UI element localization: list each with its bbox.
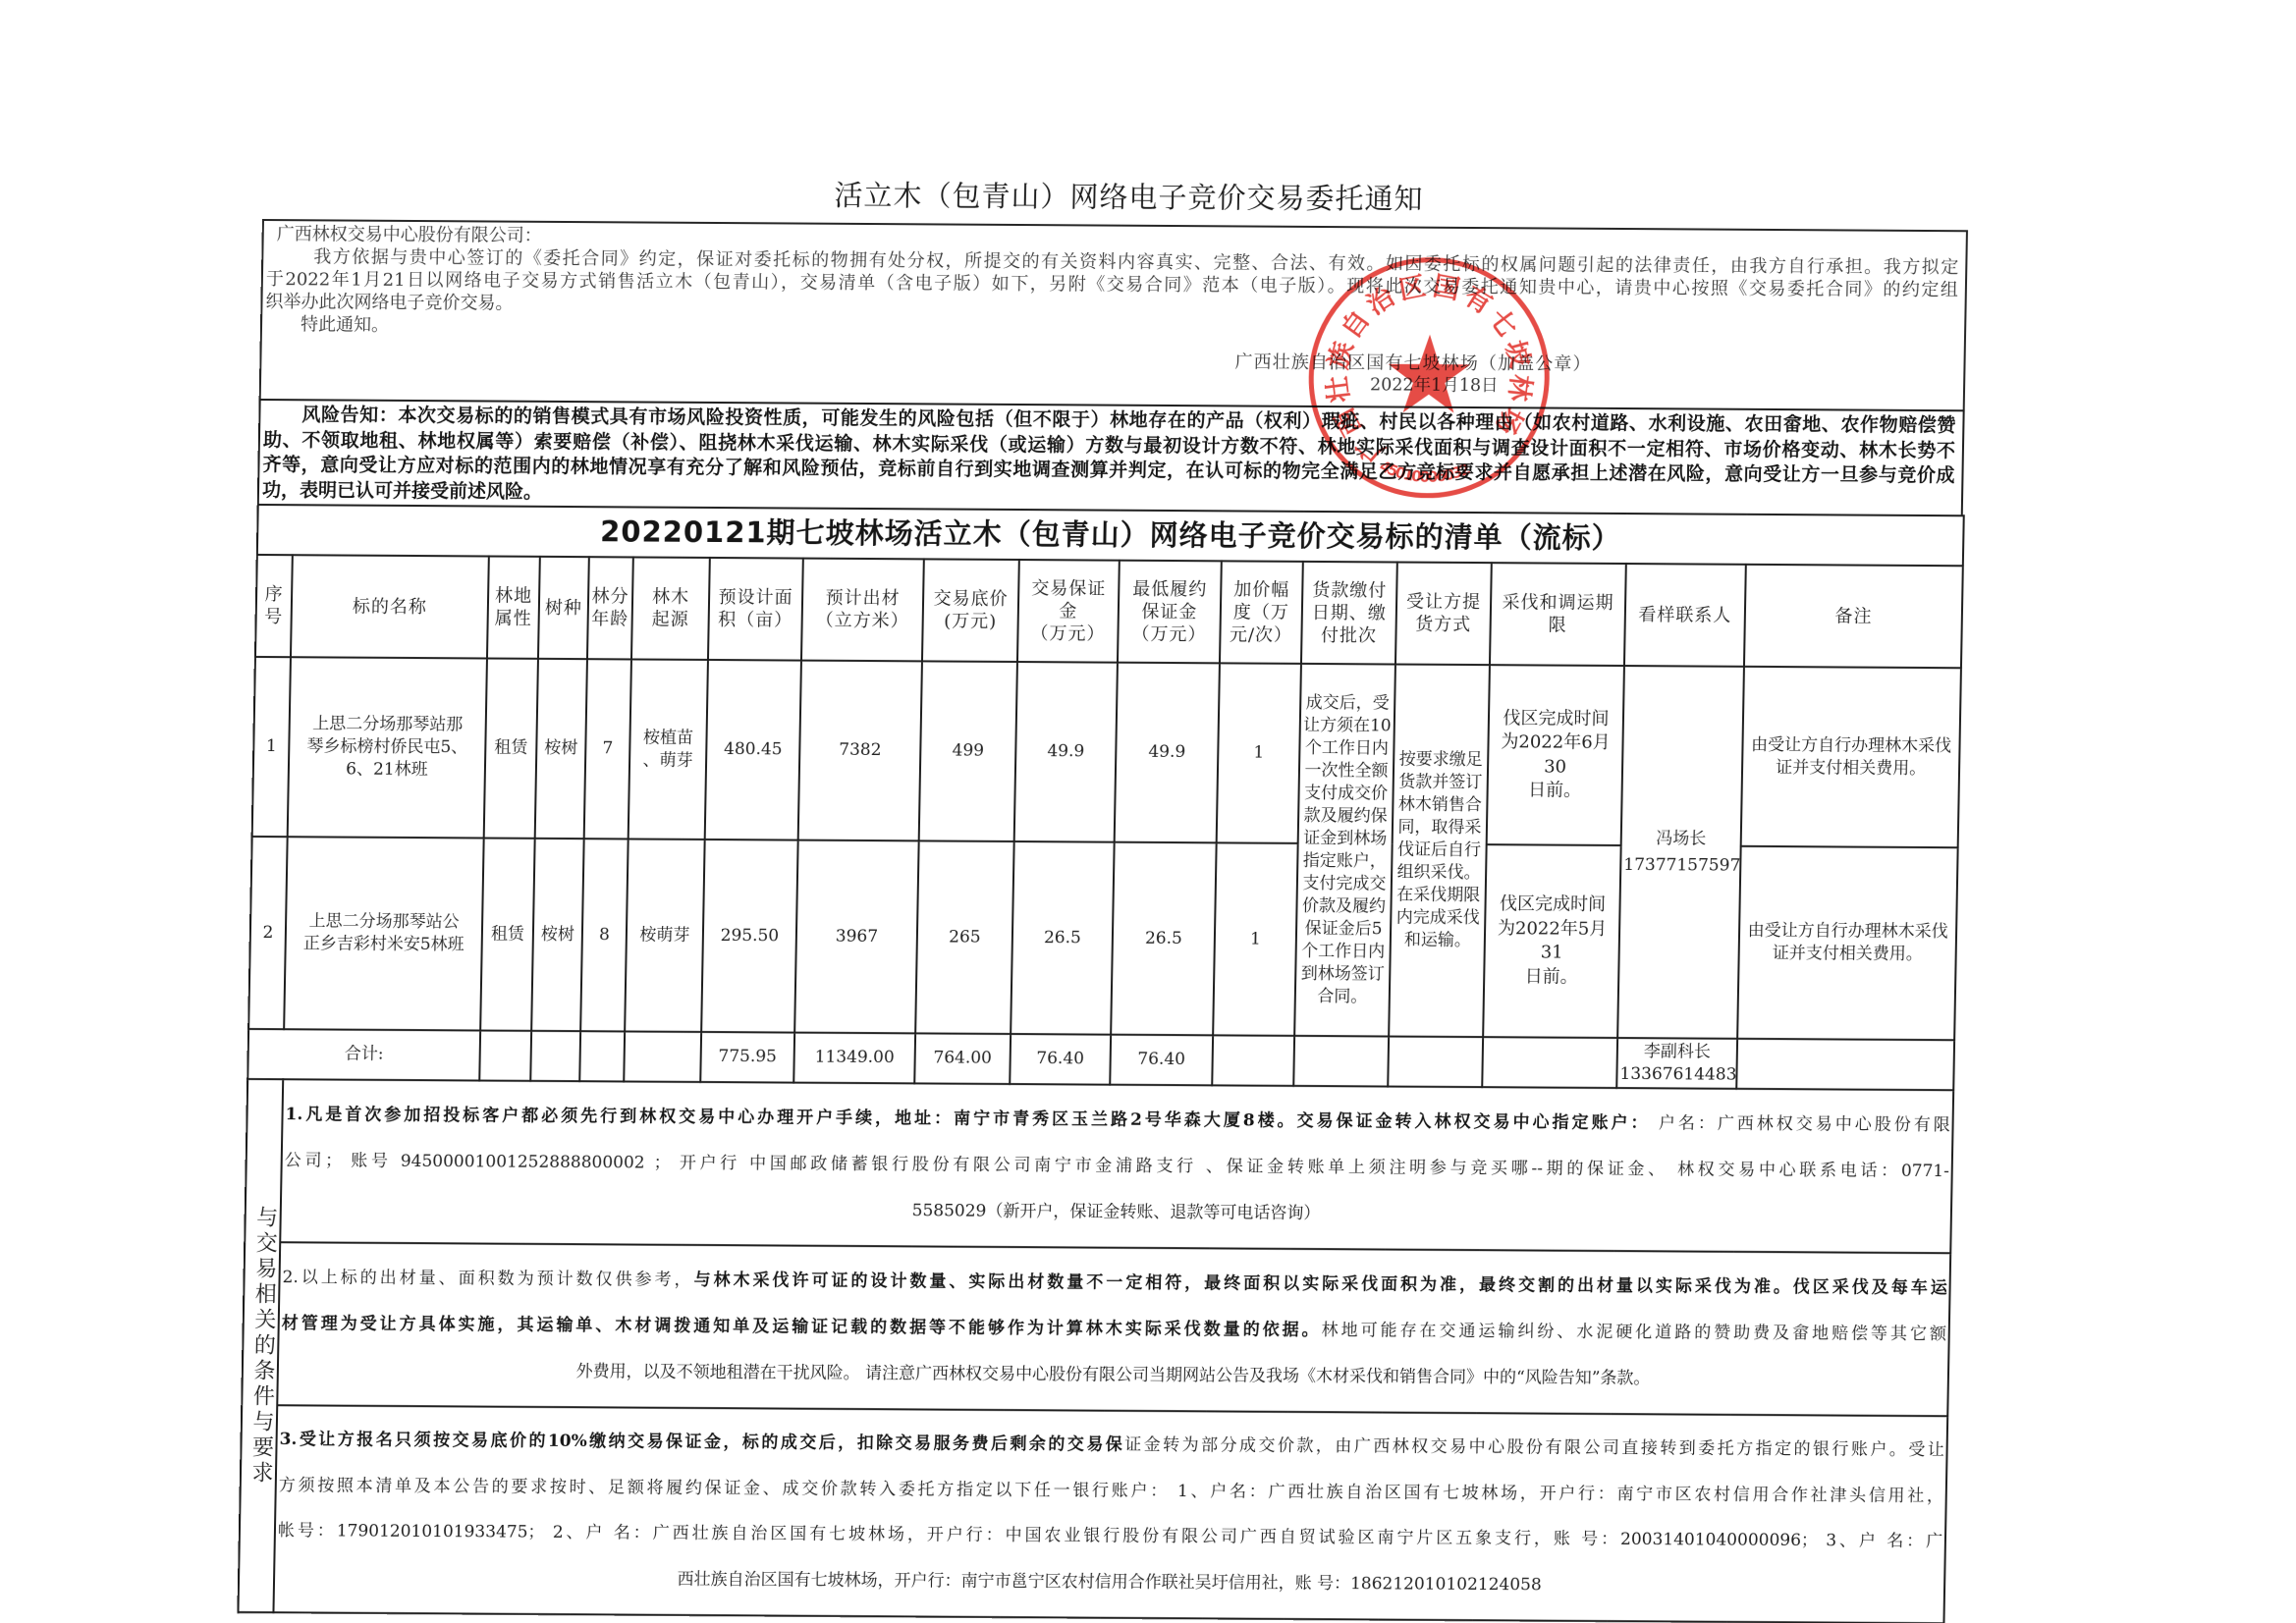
condition-line: 方须按照本清单及本公告的要求按时、足额将履约保证金、成交价款转入委托方指定以下任…: [279, 1475, 1944, 1509]
condition-line: 5585029（新开户，保证金转账、退款等可电话咨询）: [284, 1195, 1949, 1229]
condition-text: 方须按照本清单及本公告的要求按时、足额将履约保证金、成交价款转入委托方指定以下任…: [279, 1476, 1944, 1506]
header-payment-terms: 货款缴付 日期、缴 付批次: [1301, 562, 1397, 665]
condition-line: 外费用，以及不领地租潜在干扰风险。 请注意广西林权交易中心股份有限公司当期网站公…: [281, 1358, 1946, 1392]
cell-origin: 桉萌芽: [625, 839, 705, 1032]
document-sheet: 活立木（包青山）网络电子竞价交易委托通知 广西林权交易中心股份有限公司： 我方依…: [242, 219, 1968, 1382]
cell-index: 2: [248, 837, 288, 1029]
condition-line: 3.受让方报名只须按交易底价的10%缴纳交易保证金，标的成交后，扣除交易服务费后…: [279, 1429, 1944, 1463]
cell-index: 1: [252, 657, 291, 837]
cell-bid-increment: 1: [1213, 842, 1298, 1036]
cell-deposit: 26.5: [1011, 841, 1115, 1035]
condition-text: 帐号：179012010101933475； 2、户 名：广西壮族自治区国有七坡…: [278, 1521, 1943, 1551]
totals-label: 合计:: [247, 1029, 480, 1081]
cell-harvest-period: 伐区完成时间 为2022年6月30 日前。: [1487, 665, 1624, 845]
cell-origin: 桉植苗 、萌芽: [629, 659, 708, 839]
condition-item-1: 1.凡是首次参加招投标客户都必须先行到林权交易中心办理开户手续，地址：南宁市青秀…: [280, 1079, 1953, 1253]
condition-text: 西壮族自治区国有七坡林场，开户行：南宁市邕宁区农村信用合作联社吴圩信用社，账 号…: [677, 1569, 1541, 1595]
totals-reserve-price: 764.00: [914, 1033, 1011, 1084]
totals-payment-terms: [1293, 1036, 1389, 1087]
header-land-type: 林地 属性: [487, 557, 540, 659]
condition-text-bold: 1.凡是首次参加招投标客户都必须先行到林权交易中心办理开户手续，地址：南宁市青秀…: [285, 1105, 1650, 1133]
totals-species: [530, 1031, 580, 1081]
cell-lot-name: 上思二分场那琴站那 琴乡标榜村侨民屯5、 6、21林班: [288, 657, 487, 838]
cell-volume: 3967: [794, 840, 919, 1034]
header-pickup-method: 受让方提 货方式: [1395, 563, 1492, 666]
document-title: 活立木（包青山）网络电子竞价交易委托通知: [262, 171, 1995, 223]
header-species: 树种: [538, 557, 589, 659]
risk-notice-line: 功，表明已认可并接受前述风险。: [262, 478, 542, 505]
letter-signature: 广西壮族自治区国有七坡林场（加盖公章）: [1234, 351, 1590, 375]
cell-remarks: 由受让方自行办理林木采伐 证并支付相关费用。: [1737, 846, 1958, 1040]
condition-text: 5585029（新开户，保证金转账、退款等可电话咨询）: [911, 1201, 1320, 1223]
entrustment-letter: 广西林权交易中心股份有限公司： 我方依据与贵中心签订的《委托合同》约定，保证对委…: [259, 219, 1968, 409]
cell-volume: 7382: [798, 661, 922, 841]
header-area: 预设计面 积（亩）: [708, 558, 803, 661]
condition-row: 与交易相关的条件与要求 1.凡是首次参加招投标客户都必须先行到林权交易中心办理开…: [245, 1079, 1953, 1253]
totals-pickup-method: [1388, 1037, 1483, 1088]
letter-date: 2022年1月18日: [1370, 374, 1490, 398]
cell-pickup-method: 按要求缴足 货款并签订 林木销售合 同，取得采 伐证后自行 组织采伐。 在采伐期…: [1389, 665, 1490, 1038]
condition-text: 外费用，以及不领地租潜在干扰风险。 请注意广西林权交易中心股份有限公司当期网站公…: [575, 1362, 1650, 1388]
header-index: 序 号: [255, 555, 293, 657]
condition-item-2: 2.以上标的出材量、面积数为预计数仅供参考，与林木采伐许可证的设计数量、实际出材…: [277, 1242, 1950, 1416]
cell-land-type: 租赁: [480, 839, 535, 1031]
totals-volume: 11349.00: [793, 1033, 915, 1084]
condition-text: 2.以上标的出材量、面积数为预计数仅供参考，: [282, 1268, 693, 1290]
letter-addressee: 广西林权交易中心股份有限公司：: [277, 223, 542, 247]
condition-text-bold: 与林木采伐许可证的设计数量、实际出材数量不一定相符，最终面积以实际采伐面积为准，…: [693, 1271, 1947, 1298]
condition-line: 材管理为受让方具体实施，其运输单、木材调拨通知单及运输证记载的数据等不能够作为计…: [282, 1312, 1947, 1346]
cell-area: 480.45: [705, 660, 801, 840]
header-performance-bond: 最低履约 保证金 （万元）: [1118, 561, 1222, 664]
condition-text: 户名：广西林权交易中心股份有限: [1650, 1113, 1950, 1135]
cell-harvest-period: 伐区完成时间 为2022年5月31 日前。: [1483, 844, 1621, 1038]
condition-line: 2.以上标的出材量、面积数为预计数仅供参考，与林木采伐许可证的设计数量、实际出材…: [282, 1266, 1947, 1300]
cell-payment-terms: 成交后，受 让方须在10 个工作日内 一次性全额 支付成交价 款及履约保 证金到…: [1294, 664, 1395, 1037]
cell-lot-name: 上思二分场那琴站公 正乡吉彩村米安5林班: [284, 837, 484, 1030]
condition-text-bold: 3.受让方报名只须按交易底价的10%缴纳交易保证金，标的成交后，扣除交易服务费后…: [279, 1430, 1124, 1455]
header-bid-increment: 加价幅 度（万 元/次）: [1220, 561, 1303, 664]
cell-stand-age: 8: [580, 839, 629, 1031]
totals-stand-age: [579, 1031, 625, 1081]
header-harvest-period: 采伐和调运期 限: [1490, 563, 1626, 666]
totals-origin: [624, 1031, 701, 1082]
condition-row: 2.以上标的出材量、面积数为预计数仅供参考，与林木采伐许可证的设计数量、实际出材…: [242, 1242, 1950, 1416]
totals-contact: 李副科长 13367614483: [1616, 1038, 1737, 1089]
header-remarks: 备注: [1744, 565, 1963, 668]
cell-species: 桉树: [535, 659, 587, 839]
cell-stand-age: 7: [584, 659, 631, 839]
condition-text: 林地可能存在交通运输纠纷、水泥硬化道路的赞助费及畲地赔偿等其它额: [1321, 1321, 1946, 1344]
totals-remarks: [1736, 1039, 1954, 1090]
condition-text: 公司； 账号 94500001001252888800002 ； 开户行 中国邮…: [285, 1151, 1950, 1181]
header-contact: 看样联系人: [1624, 564, 1746, 667]
table-row: 1 上思二分场那琴站那 琴乡标榜村侨民屯5、 6、21林班 租赁 桉树 7 桉植…: [252, 657, 1961, 847]
cell-performance-bond: 49.9: [1115, 663, 1220, 843]
condition-row: 3.受让方报名只须按交易底价的10%缴纳交易保证金，标的成交后，扣除交易服务费后…: [238, 1405, 1947, 1623]
cell-deposit: 49.9: [1014, 662, 1118, 842]
cell-reserve-price: 265: [915, 840, 1014, 1034]
condition-item-3: 3.受让方报名只须按交易底价的10%缴纳交易保证金，标的成交后，扣除交易服务费后…: [273, 1405, 1947, 1623]
condition-line: 1.凡是首次参加招投标客户都必须先行到林权交易中心办理开户手续，地址：南宁市青秀…: [285, 1103, 1950, 1137]
header-lot-name: 标的名称: [291, 555, 489, 658]
conditions-label: 与交易相关的条件与要求: [244, 1206, 282, 1487]
scanned-page: 活立木（包青山）网络电子竞价交易委托通知 广西林权交易中心股份有限公司： 我方依…: [0, 0, 2296, 1623]
condition-line: 公司； 账号 94500001001252888800002 ； 开户行 中国邮…: [285, 1149, 1950, 1183]
cell-land-type: 租赁: [484, 659, 538, 839]
totals-performance-bond: 76.40: [1110, 1035, 1213, 1086]
totals-deposit: 76.40: [1010, 1034, 1111, 1085]
cell-area: 295.50: [701, 839, 798, 1033]
cell-remarks: 由受让方自行办理林木采伐 证并支付相关费用。: [1741, 667, 1961, 847]
listing-table: 20220121期七坡林场活立木（包青山）网络电子竞价交易标的清单（流标） 序 …: [237, 504, 1965, 1623]
header-stand-age: 林分 年龄: [587, 557, 633, 659]
condition-line: 帐号：179012010101933475； 2、户 名：广西壮族自治区国有七坡…: [278, 1520, 1943, 1554]
table-header-row: 序 号 标的名称 林地 属性 树种 林分 年龄 林木 起源 预设计面 积（亩） …: [255, 555, 1963, 668]
condition-text-bold: 材管理为受让方具体实施，其运输单、木材调拨通知单及运输证记载的数据等不能够作为计…: [282, 1314, 1322, 1340]
cell-species: 桉树: [531, 839, 584, 1031]
cell-contact: 冯场长 17377157597: [1617, 666, 1744, 1039]
cell-reserve-price: 499: [919, 661, 1017, 841]
cell-bid-increment: 1: [1217, 663, 1301, 843]
condition-text: 证金转为部分成交价款，由广西林权交易中心股份有限公司直接转到委托方指定的银行账户…: [1124, 1435, 1944, 1460]
cell-performance-bond: 26.5: [1111, 842, 1217, 1036]
totals-area: 775.95: [700, 1032, 794, 1083]
condition-line: 西壮族自治区国有七坡林场，开户行：南宁市邕宁区农村信用合作联社吴圩信用社，账 号…: [277, 1566, 1942, 1600]
totals-bid-increment: [1212, 1035, 1294, 1086]
letter-body-line: 织举办此次网络电子竞价交易。: [265, 291, 513, 315]
letter-closing: 特此通知。: [301, 313, 389, 337]
header-deposit: 交易保证 金 （万元）: [1017, 560, 1120, 663]
header-origin: 林木 起源: [631, 557, 710, 660]
header-volume: 预计出材 （立方米）: [801, 559, 924, 662]
header-reserve-price: 交易底价 (万元): [922, 559, 1019, 662]
risk-notice: 风险告知：本次交易标的的销售模式具有市场风险投资性质，可能发生的风险包括（但不限…: [257, 399, 1965, 514]
totals-land-type: [479, 1031, 531, 1081]
totals-harvest-period: [1482, 1037, 1617, 1088]
